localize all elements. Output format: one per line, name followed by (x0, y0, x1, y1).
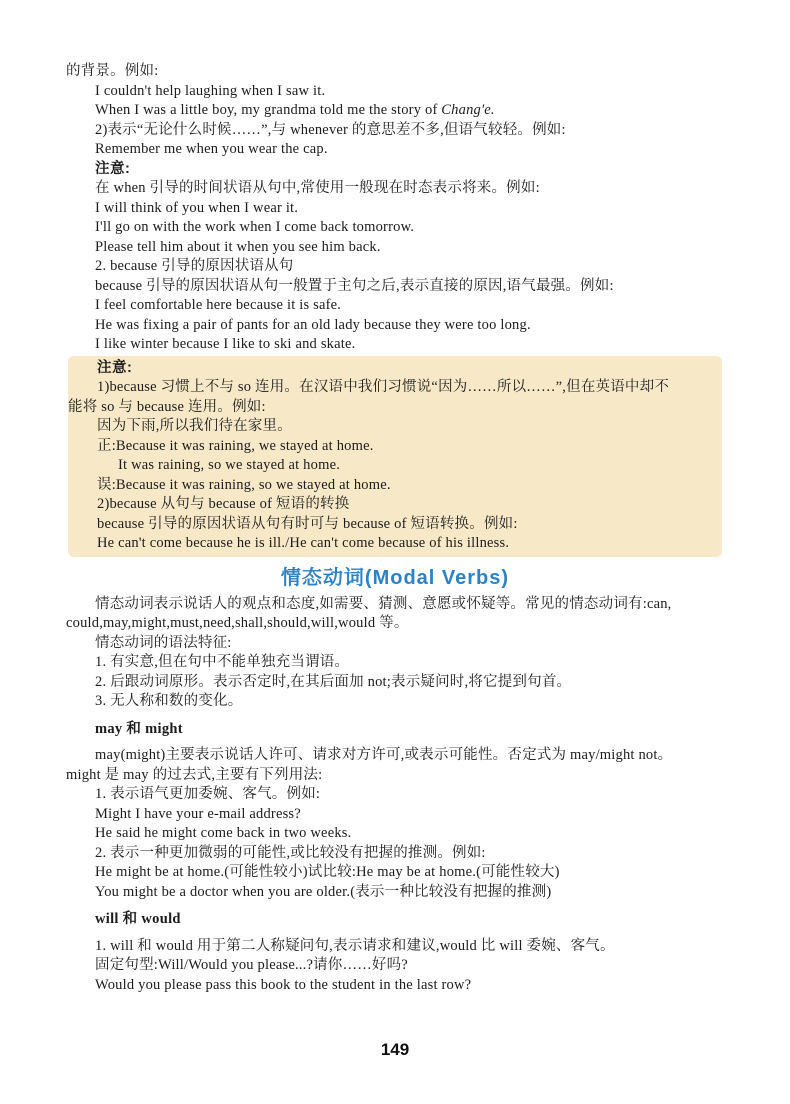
example-sentence: Remember me when you wear the cap. (66, 140, 724, 160)
wrong-example: 误:Because it was raining, so we stayed a… (68, 476, 722, 496)
list-item: 1. will 和 would 用于第二人称疑问句,表示请求和建议,would … (66, 937, 724, 957)
text-line: 能将 so 与 because 连用。例如: (68, 398, 722, 418)
example-sentence: He can't come because he is ill./He can'… (68, 534, 722, 554)
subhead-may-might: may 和 might (66, 720, 724, 740)
text-line: 固定句型:Will/Would you please...?请你……好吗? (66, 956, 724, 976)
page-content: 的背景。例如: I couldn't help laughing when I … (66, 62, 724, 995)
text-line: 的背景。例如: (66, 62, 724, 82)
text-line: because 引导的原因状语从句有时可与 because of 短语转换。例如… (68, 515, 722, 535)
section-heading-modal-verbs: 情态动词(Modal Verbs) (66, 566, 724, 590)
example-sentence: I will think of you when I wear it. (66, 199, 724, 219)
text-line: may(might)主要表示说话人许可、请求对方许可,或表示可能性。否定式为 m… (66, 746, 724, 766)
example-sentence: I like winter because I like to ski and … (66, 335, 724, 355)
italic-term: Chang'e. (441, 102, 494, 118)
text-line: might 是 may 的过去式,主要有下列用法: (66, 766, 724, 786)
example-sentence: I'll go on with the work when I come bac… (66, 218, 724, 238)
example-sentence: Might I have your e-mail address? (66, 805, 724, 825)
text-line: 情态动词表示说话人的观点和态度,如需要、猜测、意愿或怀疑等。常见的情态动词有:c… (66, 595, 724, 615)
example-sentence: He might be at home.(可能性较小)试比较:He may be… (66, 863, 724, 883)
list-item: 2. because 引导的原因状语从句 (66, 257, 724, 277)
subhead-will-would: will 和 would (66, 910, 724, 930)
page-number: 149 (0, 1040, 790, 1060)
text-line: because 引导的原因状语从句一般置于主句之后,表示直接的原因,语气最强。例… (66, 277, 724, 297)
list-item: 2. 表示一种更加微弱的可能性,或比较没有把握的推测。例如: (66, 844, 724, 864)
example-sentence: Would you please pass this book to the s… (66, 976, 724, 996)
correct-example: 正:Because it was raining, we stayed at h… (68, 437, 722, 457)
example-sentence: It was raining, so we stayed at home. (68, 456, 722, 476)
example-sentence: 因为下雨,所以我们待在家里。 (68, 417, 722, 437)
list-item: 1. 表示语气更加委婉、客气。例如: (66, 785, 724, 805)
textbook-page: 的背景。例如: I couldn't help laughing when I … (0, 0, 790, 1104)
text-line: 在 when 引导的时间状语从句中,常使用一般现在时态表示将来。例如: (66, 179, 724, 199)
list-item: 2. 后跟动词原形。表示否定时,在其后面加 not;表示疑问时,将它提到句首。 (66, 673, 724, 693)
list-item: 1. 有实意,但在句中不能单独充当谓语。 (66, 653, 724, 673)
note-label: 注意: (68, 359, 722, 379)
example-sentence: I feel comfortable here because it is sa… (66, 296, 724, 316)
list-item: 3. 无人称和数的变化。 (66, 692, 724, 712)
example-sentence: You might be a doctor when you are older… (66, 883, 724, 903)
text-line: could,may,might,must,need,shall,should,w… (66, 614, 724, 634)
example-sentence: He said he might come back in two weeks. (66, 824, 724, 844)
note-box: 注意: 1)because 习惯上不与 so 连用。在汉语中我们习惯说“因为……… (68, 356, 722, 557)
example-sentence: When I was a little boy, my grandma told… (66, 101, 724, 121)
example-sentence: Please tell him about it when you see hi… (66, 238, 724, 258)
note-label: 注意: (66, 160, 724, 180)
text-line: 情态动词的语法特征: (66, 634, 724, 654)
example-sentence: He was fixing a pair of pants for an old… (66, 316, 724, 336)
text-line: 2)表示“无论什么时候……”,与 whenever 的意思差不多,但语气较轻。例… (66, 121, 724, 141)
sentence-text: When I was a little boy, my grandma told… (95, 102, 441, 118)
list-item: 2)because 从句与 because of 短语的转换 (68, 495, 722, 515)
example-sentence: I couldn't help laughing when I saw it. (66, 82, 724, 102)
text-line: 1)because 习惯上不与 so 连用。在汉语中我们习惯说“因为……所以……… (68, 378, 722, 398)
